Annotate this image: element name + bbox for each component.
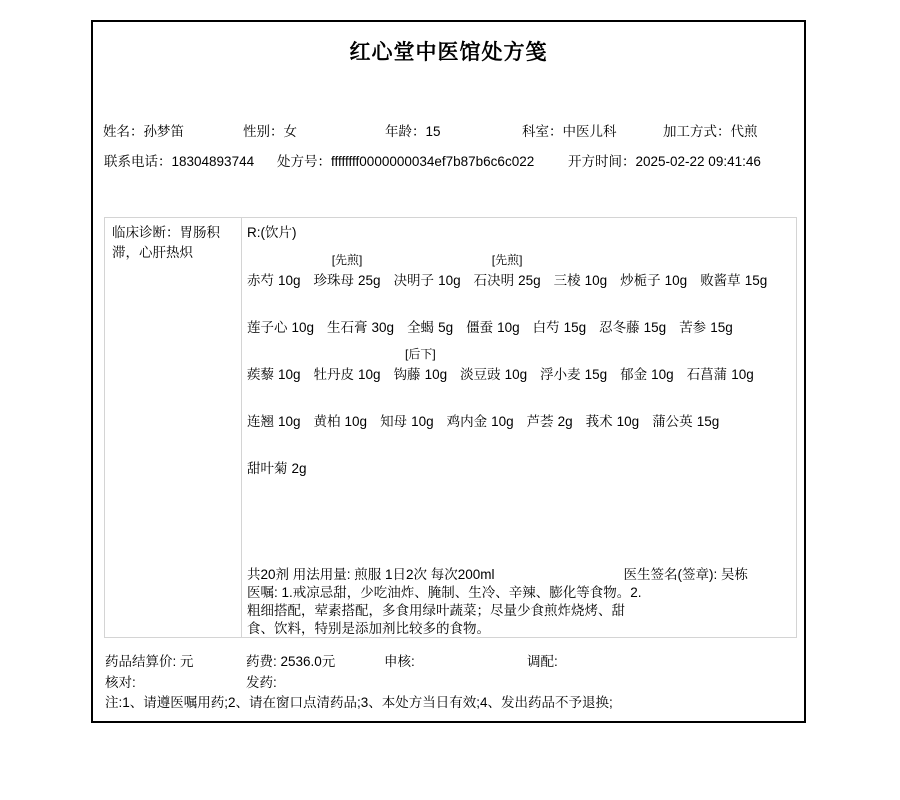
medicine-dose: 10g <box>411 414 434 429</box>
medicine-decoction-note: [先煎] <box>332 250 363 271</box>
medicine-dose: 10g <box>278 414 301 429</box>
screenshot-canvas: 红心堂中医馆处方笺 姓名：孙梦笛性别：女年龄：15科室：中医儿科加工方式：代煎 … <box>0 0 900 800</box>
medicine-item: 知母10g <box>380 391 434 438</box>
medicine-line: 蒺藜10g牡丹皮10g[后下]钩藤10g淡豆豉10g浮小麦15g郁金10g石菖蒲… <box>247 344 796 391</box>
medicine-name: 僵蚕 <box>466 320 493 335</box>
footer-field: 核对: <box>105 671 136 691</box>
rx-bottom-block: 共20剂 用法用量: 煎服 1日2次 每次200ml 医生签名(签章): 吴栋 … <box>247 566 796 638</box>
doctor-advice: 医嘱: 1.戒凉忌甜，少吃油炸、腌制、生冷、辛辣、膨化等食物。2.粗细搭配，荤素… <box>247 584 796 638</box>
medicine-name-dose: 浮小麦15g <box>540 365 607 391</box>
medicine-name: 石决明 <box>474 273 515 288</box>
medicine-item: 败酱草15g <box>700 250 767 297</box>
patient-field: 年龄：15 <box>385 120 441 140</box>
doctor-advice-line: 粗细搭配，荤素搭配，多食用绿叶蔬菜；尽量少食煎炸烧烤、甜 <box>247 602 796 620</box>
medicine-item: 莲子心10g <box>247 297 314 344</box>
medicine-name: 钩藤 <box>394 367 421 382</box>
medicine-name: 珍珠母 <box>314 273 355 288</box>
medicine-dose: 25g <box>518 273 541 288</box>
medicine-item: 淡豆豉10g <box>460 344 527 391</box>
medicine-name: 莲子心 <box>247 320 288 335</box>
medicine-name-dose: 苦参15g <box>679 318 733 344</box>
patient-field-label: 科室： <box>522 124 563 139</box>
footer-row-1: 药品结算价: 元药费: 2536.0元申核:调配: <box>93 650 804 667</box>
medicine-dose: 10g <box>497 320 520 335</box>
prescription-document: 红心堂中医馆处方笺 姓名：孙梦笛性别：女年龄：15科室：中医儿科加工方式：代煎 … <box>91 20 806 723</box>
medicine-item: 黄柏10g <box>314 391 368 438</box>
medicine-dose: 15g <box>644 320 667 335</box>
medicine-name: 鸡内金 <box>447 414 488 429</box>
medicine-name: 浮小麦 <box>540 367 581 382</box>
patient-field-label: 姓名： <box>103 124 144 139</box>
medicine-name-dose: 生石膏30g <box>327 318 394 344</box>
medicine-item: 僵蚕10g <box>466 297 520 344</box>
medicine-name-dose: 知母10g <box>380 412 434 438</box>
medicine-dose: 15g <box>585 367 608 382</box>
medicine-name-dose: 淡豆豉10g <box>460 365 527 391</box>
medicine-name: 芦荟 <box>527 414 554 429</box>
medicine-name: 三棱 <box>554 273 581 288</box>
medicine-item: 生石膏30g <box>327 297 394 344</box>
medicine-name-dose: 郁金10g <box>620 365 674 391</box>
medicine-item: [后下]钩藤10g <box>394 344 448 391</box>
patient-field-value: 孙梦笛 <box>144 124 185 139</box>
medicine-dose: 10g <box>358 367 381 382</box>
patient-field-value: 代煎 <box>731 124 758 139</box>
medicine-dose: 10g <box>617 414 640 429</box>
patient-info-row-1: 姓名：孙梦笛性别：女年龄：15科室：中医儿科加工方式：代煎 <box>93 120 804 138</box>
medicine-item: 浮小麦15g <box>540 344 607 391</box>
patient-field: 性别：女 <box>243 120 297 140</box>
medicine-name-dose: 败酱草15g <box>700 271 767 297</box>
medicine-item: 芦荟2g <box>527 391 573 438</box>
medicine-name: 知母 <box>380 414 407 429</box>
medicine-name: 甜叶菊 <box>247 461 288 476</box>
footer-row-2: 核对:发药: <box>93 671 804 688</box>
medicine-dose: 10g <box>491 414 514 429</box>
medicine-dose: 10g <box>438 273 461 288</box>
medicine-name: 蒲公英 <box>652 414 693 429</box>
medicine-dose: 10g <box>425 367 448 382</box>
medicine-item: [先煎]石决明25g <box>474 250 541 297</box>
medicine-name: 忍冬藤 <box>599 320 640 335</box>
medicine-name: 白芍 <box>533 320 560 335</box>
patient-field: 处方号：ffffffff0000000034ef7b87b6c6c022 <box>277 150 534 170</box>
medicine-name-dose: 僵蚕10g <box>466 318 520 344</box>
patient-field: 开方时间：2025-02-22 09:41:46 <box>568 150 761 170</box>
medicine-name: 蒺藜 <box>247 367 274 382</box>
medicine-item: [先煎]珍珠母25g <box>314 250 381 297</box>
footer-field: 申核: <box>384 650 415 670</box>
patient-field-label: 开方时间： <box>568 154 636 169</box>
medicine-item: 连翘10g <box>247 391 301 438</box>
medicine-item: 苦参15g <box>679 297 733 344</box>
medicine-line: 赤芍10g[先煎]珍珠母25g决明子10g[先煎]石决明25g三棱10g炒栀子1… <box>247 250 796 297</box>
patient-field: 加工方式：代煎 <box>663 120 758 140</box>
footer-field: 调配: <box>527 650 558 670</box>
prescription-table: 临床诊断：胃肠积滞，心肝热炽 R:(饮片) 赤芍10g[先煎]珍珠母25g决明子… <box>104 217 797 638</box>
patient-field-label: 联系电话： <box>104 154 172 169</box>
medicine-dose: 10g <box>731 367 754 382</box>
medicine-name: 连翘 <box>247 414 274 429</box>
medicine-name-dose: 牡丹皮10g <box>314 365 381 391</box>
medicine-item: 三棱10g <box>554 250 608 297</box>
medicine-dose: 15g <box>564 320 587 335</box>
patient-field-value: 15 <box>426 124 441 139</box>
medicine-item: 蒺藜10g <box>247 344 301 391</box>
medicine-name: 赤芍 <box>247 273 274 288</box>
medicine-item: 郁金10g <box>620 344 674 391</box>
medicine-name: 淡豆豉 <box>460 367 501 382</box>
patient-field: 联系电话：18304893744 <box>104 150 254 170</box>
medicine-name-dose: 赤芍10g <box>247 271 301 297</box>
medicine-item: 赤芍10g <box>247 250 301 297</box>
medicine-item: 白芍15g <box>533 297 587 344</box>
patient-field-label: 年龄： <box>385 124 426 139</box>
medicine-line: 连翘10g黄柏10g知母10g鸡内金10g芦荟2g莪术10g蒲公英15g <box>247 391 796 438</box>
medicine-name-dose: 石菖蒲10g <box>687 365 754 391</box>
medicine-name-dose: 鸡内金10g <box>447 412 514 438</box>
patient-field: 姓名：孙梦笛 <box>103 120 184 140</box>
dosage-usage-text: 共20剂 用法用量: 煎服 1日2次 每次200ml <box>247 566 495 584</box>
doctor-advice-line: 医嘱: 1.戒凉忌甜，少吃油炸、腌制、生冷、辛辣、膨化等食物。2. <box>247 584 796 602</box>
medicine-name-dose: 蒺藜10g <box>247 365 301 391</box>
footer-field: 药品结算价: 元 <box>105 650 194 670</box>
medicine-name-dose: 炒栀子10g <box>620 271 687 297</box>
medicine-dose: 2g <box>292 461 307 476</box>
patient-field-label: 加工方式： <box>663 124 731 139</box>
medicine-name: 决明子 <box>394 273 435 288</box>
medicine-name: 牡丹皮 <box>314 367 355 382</box>
clinical-diagnosis: 临床诊断：胃肠积滞，心肝热炽 <box>105 218 242 637</box>
medicine-line: 莲子心10g生石膏30g全蝎5g僵蚕10g白芍15g忍冬藤15g苦参15g <box>247 297 796 344</box>
medicine-name: 炒栀子 <box>620 273 661 288</box>
medicine-name-dose: 莪术10g <box>586 412 640 438</box>
patient-info-row-2: 联系电话：18304893744处方号：ffffffff0000000034ef… <box>93 150 804 168</box>
patient-field-value: 18304893744 <box>172 154 255 169</box>
medicine-line: 甜叶菊2g <box>247 438 796 485</box>
doctor-advice-line: 食、饮料，特别是添加剂比较多的食物。 <box>247 620 796 638</box>
medicine-item: 甜叶菊2g <box>247 438 307 485</box>
medicine-name-dose: 芦荟2g <box>527 412 573 438</box>
medicine-dose: 15g <box>745 273 768 288</box>
patient-field-value: 女 <box>284 124 298 139</box>
medicine-dose: 5g <box>438 320 453 335</box>
medicine-name-dose: 石决明25g <box>474 271 541 297</box>
medicine-dose: 10g <box>505 367 528 382</box>
patient-field-value: ffffffff0000000034ef7b87b6c6c022 <box>331 154 534 169</box>
medicine-dose: 30g <box>372 320 395 335</box>
medicine-item: 决明子10g <box>394 250 461 297</box>
medicine-item: 忍冬藤15g <box>599 297 666 344</box>
medicine-name: 莪术 <box>586 414 613 429</box>
medicine-item: 炒栀子10g <box>620 250 687 297</box>
page-title: 红心堂中医馆处方笺 <box>93 36 804 66</box>
medicine-name: 郁金 <box>620 367 647 382</box>
medicine-item: 蒲公英15g <box>652 391 719 438</box>
medicine-dose: 15g <box>697 414 720 429</box>
patient-field-label: 性别： <box>243 124 284 139</box>
usage-row: 共20剂 用法用量: 煎服 1日2次 每次200ml 医生签名(签章): 吴栋 <box>247 566 796 584</box>
medicine-name-dose: 黄柏10g <box>314 412 368 438</box>
medicine-dose: 25g <box>358 273 381 288</box>
medicine-dose: 10g <box>665 273 688 288</box>
footer-field: 发药: <box>246 671 277 691</box>
medicine-decoction-note: [后下] <box>405 344 436 365</box>
patient-field-value: 中医儿科 <box>563 124 617 139</box>
medicine-name-dose: 珍珠母25g <box>314 271 381 297</box>
footer-field: 药费: 2536.0元 <box>246 650 335 670</box>
medicine-dose: 10g <box>278 273 301 288</box>
medicine-name: 败酱草 <box>700 273 741 288</box>
medicine-name-dose: 莲子心10g <box>247 318 314 344</box>
medicine-name: 生石膏 <box>327 320 368 335</box>
medicine-name-dose: 甜叶菊2g <box>247 459 307 485</box>
medicine-name: 苦参 <box>679 320 706 335</box>
medicine-item: 石菖蒲10g <box>687 344 754 391</box>
medicine-dose: 10g <box>585 273 608 288</box>
patient-field: 科室：中医儿科 <box>522 120 617 140</box>
medicine-name-dose: 钩藤10g <box>394 365 448 391</box>
medicine-item: 莪术10g <box>586 391 640 438</box>
medicine-name: 全蝎 <box>407 320 434 335</box>
prescription-cell: R:(饮片) 赤芍10g[先煎]珍珠母25g决明子10g[先煎]石决明25g三棱… <box>242 218 796 637</box>
medicine-lines: 赤芍10g[先煎]珍珠母25g决明子10g[先煎]石决明25g三棱10g炒栀子1… <box>247 250 796 485</box>
medicine-name-dose: 白芍15g <box>533 318 587 344</box>
rx-header: R:(饮片) <box>247 224 796 241</box>
medicine-name-dose: 全蝎5g <box>407 318 453 344</box>
medicine-item: 牡丹皮10g <box>314 344 381 391</box>
medicine-dose: 2g <box>558 414 573 429</box>
doctor-signature: 医生签名(签章): 吴栋 <box>624 566 749 584</box>
medicine-item: 全蝎5g <box>407 297 453 344</box>
medicine-dose: 10g <box>651 367 674 382</box>
medicine-dose: 10g <box>278 367 301 382</box>
footer-note: 注:1、请遵医嘱用药;2、请在窗口点清药品;3、本处方当日有效;4、发出药品不予… <box>105 691 613 711</box>
patient-field-value: 2025-02-22 09:41:46 <box>636 154 761 169</box>
medicine-name-dose: 决明子10g <box>394 271 461 297</box>
medicine-name-dose: 蒲公英15g <box>652 412 719 438</box>
medicine-name-dose: 忍冬藤15g <box>599 318 666 344</box>
medicine-name: 黄柏 <box>314 414 341 429</box>
medicine-dose: 10g <box>292 320 315 335</box>
medicine-decoction-note: [先煎] <box>492 250 523 271</box>
medicine-name-dose: 三棱10g <box>554 271 608 297</box>
medicine-dose: 15g <box>710 320 733 335</box>
patient-field-label: 处方号： <box>277 154 331 169</box>
medicine-dose: 10g <box>345 414 368 429</box>
medicine-name: 石菖蒲 <box>687 367 728 382</box>
medicine-item: 鸡内金10g <box>447 391 514 438</box>
medicine-name-dose: 连翘10g <box>247 412 301 438</box>
